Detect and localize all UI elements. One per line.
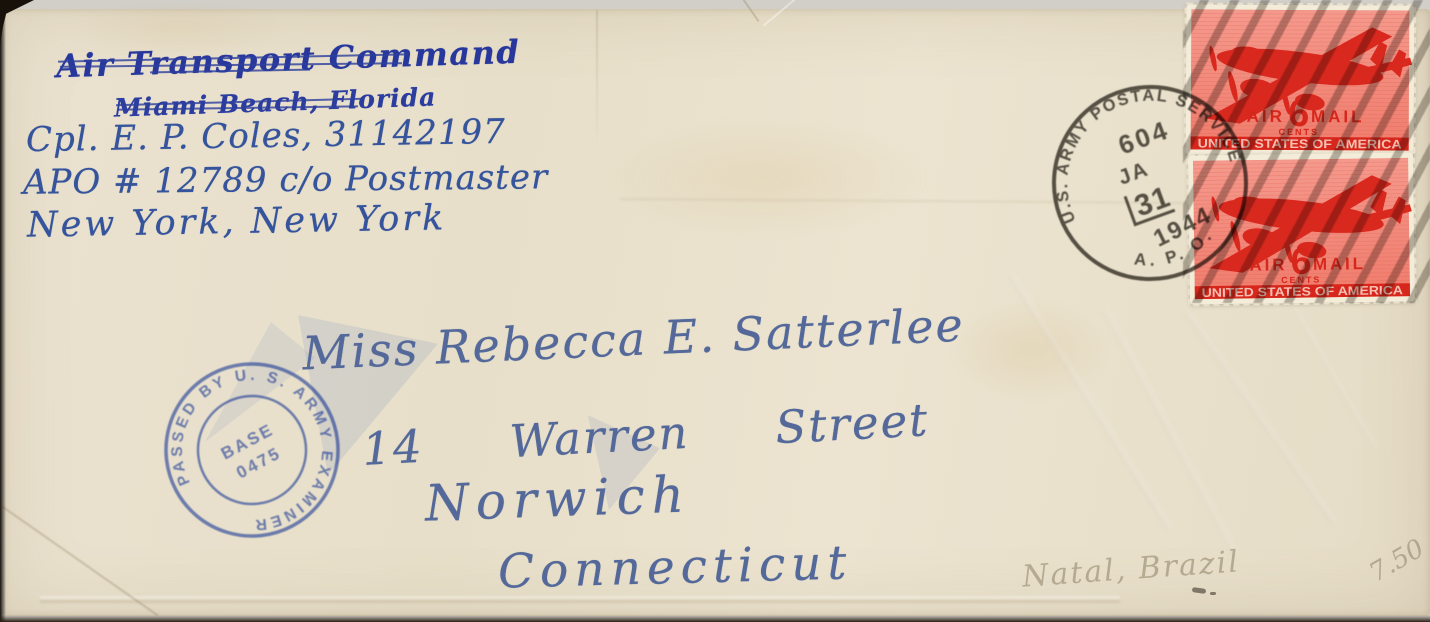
- ink-speck: [1210, 592, 1216, 595]
- recipient-state: Connecticut: [497, 535, 853, 599]
- censor-stamp: PASSED BY U. S. ARMY EXAMINER BASE 0475: [152, 350, 352, 550]
- censor-ring-text: PASSED BY U. S. ARMY EXAMINER: [152, 350, 352, 550]
- postmark-apo-number: 604: [1114, 114, 1173, 160]
- postmark: U.S. ARMY POSTAL SERVICE A. P. O. 604 JA…: [1035, 68, 1265, 298]
- envelope-scan: Air Transport Command Miami Beach, Flori…: [0, 0, 1430, 622]
- return-address-line1: Cpl. E. P. Coles, 31142197: [26, 112, 507, 160]
- return-address-line3: New York, New York: [27, 198, 447, 245]
- scan-edge-left: [0, 0, 6, 622]
- recipient-city: Norwich: [424, 465, 692, 532]
- scan-edge-bottom: [0, 615, 1430, 622]
- return-address-line2: APO # 12789 c/o Postmaster: [23, 157, 549, 202]
- svg-text:PASSED BY U. S. ARMY EXAMINER: PASSED BY U. S. ARMY EXAMINER: [152, 350, 352, 550]
- postmark-month: JA: [1115, 157, 1152, 189]
